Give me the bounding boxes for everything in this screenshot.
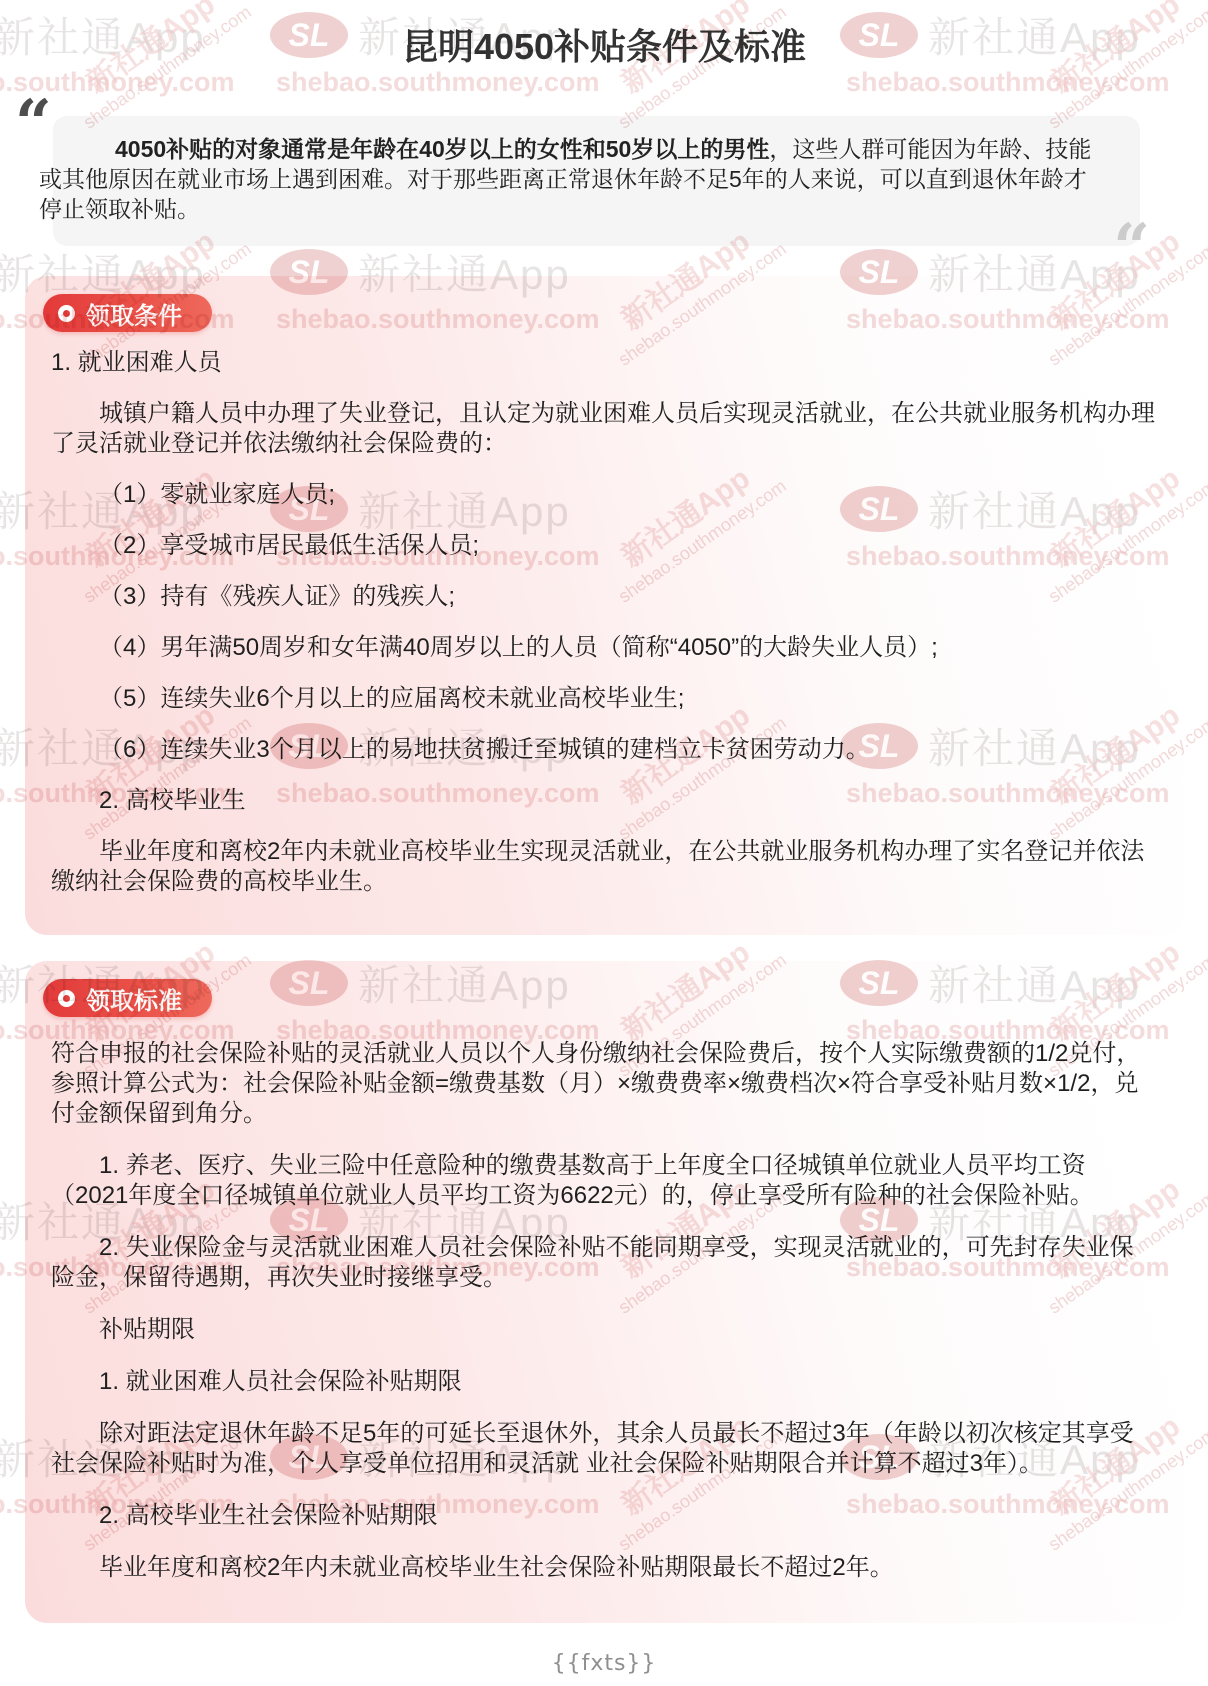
paragraph: 符合申报的社会保险补贴的灵活就业人员以个人身份缴纳社会保险费后，按个人实际缴费额… [51, 1039, 1155, 1129]
paragraph: 1. 就业困难人员 [51, 348, 1155, 378]
paragraph: 除对距法定退休年龄不足5年的可延长至退休外，其余人员最长不超过3年（年龄以初次核… [51, 1419, 1155, 1479]
section-standards: 领取标准 符合申报的社会保险补贴的灵活就业人员以个人身份缴纳社会保险费后，按个人… [25, 961, 1183, 1623]
badge-label: 领取标准 [86, 981, 182, 1016]
paragraph: 2. 高校毕业生 [51, 786, 1155, 816]
close-quote-icon: “ [1113, 216, 1150, 280]
list-item: （1）零就业家庭人员; [51, 480, 1155, 510]
intro-quote-box: 4050补贴的对象通常是年龄在40岁以上的女性和50岁以上的男性，这些人群可能因… [53, 116, 1140, 246]
paragraph: 1. 养老、医疗、失业三险中任意险种的缴费基数高于上年度全口径城镇单位就业人员平… [51, 1151, 1155, 1211]
section-conditions: 领取条件 1. 就业困难人员 城镇户籍人员中办理了失业登记，且认定为就业困难人员… [25, 276, 1183, 935]
page-title: 昆明4050补贴条件及标准 [0, 0, 1208, 70]
open-quote-icon: “ [15, 92, 52, 156]
paragraph: 2. 高校毕业生社会保险补贴期限 [51, 1501, 1155, 1531]
paragraph: 2. 失业保险金与灵活就业困难人员社会保险补贴不能同期享受，实现灵活就业的，可先… [51, 1233, 1155, 1293]
list-item: （2）享受城市居民最低生活保人员; [51, 531, 1155, 561]
section-badge-standards: 领取标准 [43, 979, 212, 1017]
ring-icon [58, 305, 75, 322]
paragraph: 毕业年度和离校2年内未就业高校毕业生实现灵活就业，在公共就业服务机构办理了实名登… [51, 837, 1155, 897]
section-badge-conditions: 领取条件 [43, 294, 212, 332]
paragraph: 补贴期限 [51, 1315, 1155, 1345]
paragraph: 毕业年度和离校2年内未就业高校毕业生社会保险补贴期限最长不超过2年。 [51, 1553, 1155, 1583]
list-item: （4）男年满50周岁和女年满40周岁以上的人员（简称“4050”的大龄失业人员）… [51, 633, 1155, 663]
badge-label: 领取条件 [86, 296, 182, 331]
paragraph: 城镇户籍人员中办理了失业登记，且认定为就业困难人员后实现灵活就业，在公共就业服务… [51, 399, 1155, 459]
list-item: （6）连续失业3个月以上的易地扶贫搬迁至城镇的建档立卡贫困劳动力。 [51, 735, 1155, 765]
intro-quote: “ 4050补贴的对象通常是年龄在40岁以上的女性和50岁以上的男性，这些人群可… [53, 116, 1140, 246]
intro-bold-text: 4050补贴的对象通常是年龄在40岁以上的女性和50岁以上的男性 [115, 136, 769, 162]
ring-icon [58, 990, 75, 1007]
list-item: （3）持有《残疾人证》的残疾人; [51, 582, 1155, 612]
list-item: （5）连续失业6个月以上的应届离校未就业高校毕业生; [51, 684, 1155, 714]
footer-placeholder: {{fxts}} [0, 1651, 1208, 1676]
paragraph: 1. 就业困难人员社会保险补贴期限 [51, 1367, 1155, 1397]
intro-paragraph: 4050补贴的对象通常是年龄在40岁以上的女性和50岁以上的男性，这些人群可能因… [39, 134, 1106, 224]
page: SL新社通Appshebao.southmoney.comSL新社通Appshe… [0, 0, 1208, 1686]
article: 昆明4050补贴条件及标准 “ 4050补贴的对象通常是年龄在40岁以上的女性和… [0, 0, 1208, 1676]
